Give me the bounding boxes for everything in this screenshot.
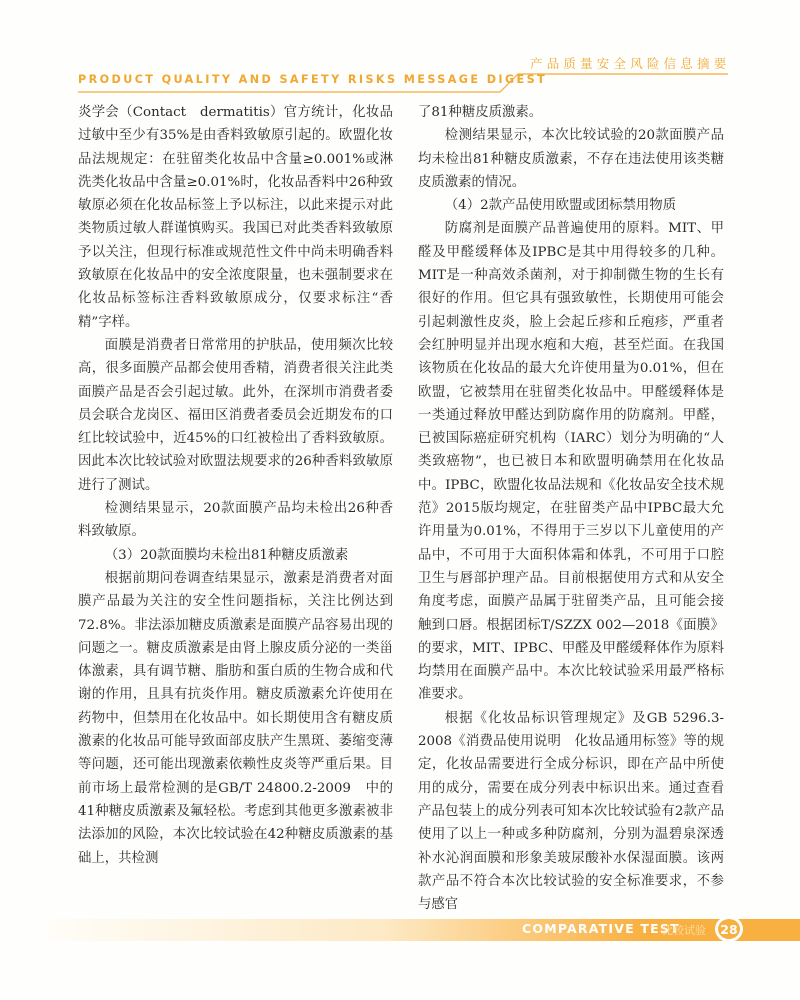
paragraph: 了81种糖皮质激素。 bbox=[418, 101, 724, 124]
paragraph: 防腐剂是面膜产品普遍使用的原料。MIT、甲醛及甲醛缓释体及IPBC是其中用得较多… bbox=[418, 217, 724, 706]
section-heading: （3）20款面膜均未检出81种糖皮质激素 bbox=[78, 544, 393, 567]
paragraph: 炎学会（Contact dermatitis）官方统计，化妆品过敏中至少有35%… bbox=[78, 101, 393, 334]
paragraph: 面膜是消费者日常常用的护肤品，使用频次比较高，很多面膜产品都会使用香精，消费者很… bbox=[78, 334, 393, 497]
header-title-en: PRODUCT QUALITY AND SAFETY RISKS MESSAGE… bbox=[78, 73, 547, 86]
page-number-badge: 28 bbox=[715, 916, 743, 942]
left-column: 炎学会（Contact dermatitis）官方统计，化妆品过敏中至少有35%… bbox=[78, 101, 393, 870]
right-column: 了81种糖皮质激素。 检测结果显示，本次比较试验的20款面膜产品均未检出81种糖… bbox=[418, 101, 724, 916]
paragraph: 检测结果显示，20款面膜产品均未检出26种香料致敏原。 bbox=[78, 497, 393, 544]
paragraph: 根据前期问卷调查结果显示，激素是消费者对面膜产品最为关注的安全性问题指标，关注比… bbox=[78, 567, 393, 870]
paragraph: 根据《化妆品标识管理规定》及GB 5296.3-2008《消费品使用说明 化妆品… bbox=[418, 707, 724, 917]
footer-section-cn: 比较试验 bbox=[662, 922, 706, 938]
footer-section-en: COMPARATIVE TEST bbox=[522, 921, 680, 936]
section-heading: （4）2款产品使用欧盟或团标禁用物质 bbox=[418, 194, 724, 217]
paragraph: 检测结果显示，本次比较试验的20款面膜产品均未检出81种糖皮质激素，不存在违法使… bbox=[418, 124, 724, 194]
header-title-cn: 产品质量安全风险信息摘要 bbox=[530, 54, 730, 72]
